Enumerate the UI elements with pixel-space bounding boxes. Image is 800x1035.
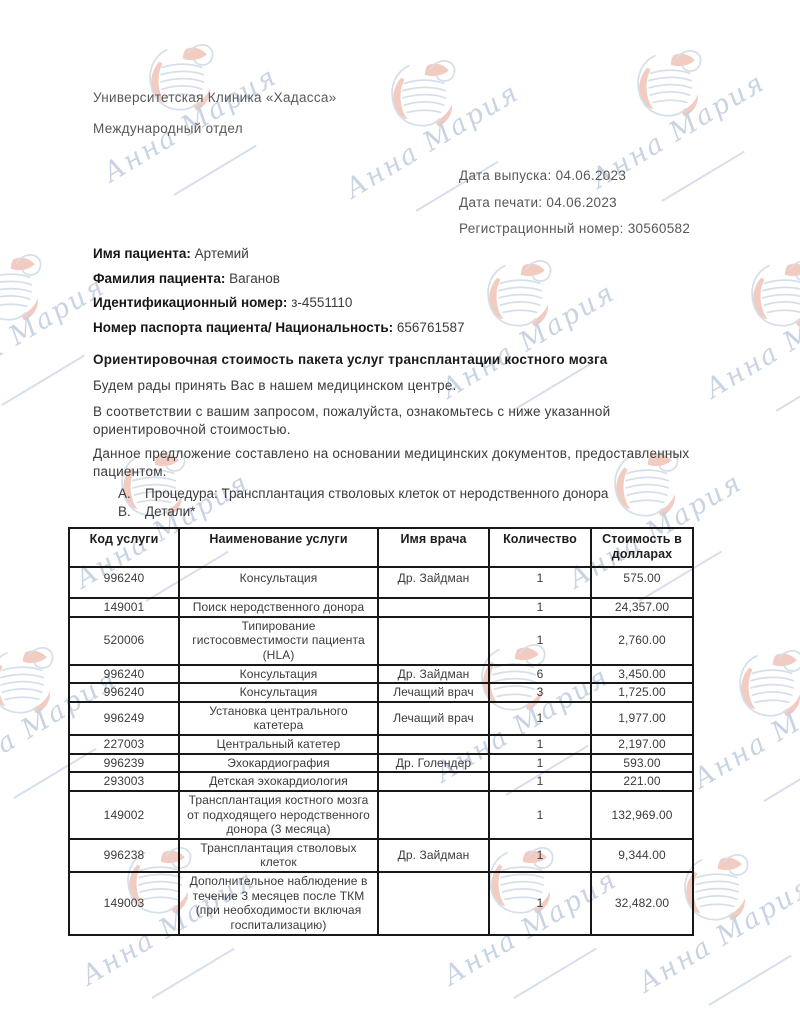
table-row: 996238 Трансплантация стволовых клеток Д… (69, 839, 693, 872)
patient-info: Имя пациента: Артемий Фамилия пациента: … (93, 246, 464, 344)
cell-qty: 1 (489, 598, 591, 617)
estimate-title: Ориентировочная стоимость пакета услуг т… (93, 351, 713, 369)
clinic-department: Международный отдел (93, 121, 243, 136)
table-header-row: Код услуги Наименование услуги Имя врача… (69, 528, 693, 567)
col-header-quantity: Количество (489, 528, 591, 567)
table-row: 293003 Детская эхокардиология 1 221.00 (69, 772, 693, 791)
cell-code: 149003 (69, 872, 179, 935)
cell-cost: 3,450.00 (591, 665, 693, 684)
list-text-details: Детали* (145, 504, 195, 519)
registration-number: Регистрационный номер: 30560582 (459, 221, 690, 236)
cell-service: Центральный катетер (179, 735, 378, 754)
cell-qty: 1 (489, 754, 591, 773)
list-marker-b: B. (118, 504, 145, 519)
issue-date-value: 04.06.2023 (556, 168, 627, 183)
table-row: 149002 Трансплантация костного мозга от … (69, 791, 693, 839)
cell-doctor: Др. Голендер (378, 754, 489, 773)
col-header-service-code: Код услуги (69, 528, 179, 567)
cell-service: Дополнительное наблюдение в течение 3 ме… (179, 872, 378, 935)
cell-code: 996249 (69, 702, 179, 735)
cell-doctor (378, 772, 489, 791)
cell-qty: 1 (489, 772, 591, 791)
document-page: Анна Мария Анна Мария Анна Мария Анна Ма… (0, 0, 800, 1035)
cell-cost: 221.00 (591, 772, 693, 791)
cell-qty: 1 (489, 702, 591, 735)
registration-number-label: Регистрационный номер: (459, 221, 624, 236)
cell-code: 996240 (69, 665, 179, 684)
cell-cost: 32,482.00 (591, 872, 693, 935)
list-item-procedure: A.Процедура: Трансплантация стволовых кл… (118, 486, 608, 501)
table-row: 149001 Поиск неродственного донора 1 24,… (69, 598, 693, 617)
patient-id-number-value: з-4551110 (291, 295, 352, 310)
cell-doctor: Др. Зайдман (378, 567, 489, 598)
cell-service: Консультация (179, 567, 378, 598)
cell-doctor: Др. Зайдман (378, 839, 489, 872)
cell-code: 996240 (69, 567, 179, 598)
issue-date-label: Дата выпуска: (459, 168, 552, 183)
cell-service: Типирование гистосовместимости пациента … (179, 617, 378, 665)
cell-cost: 9,344.00 (591, 839, 693, 872)
clinic-name: Университетская Клиника «Хадасса» (93, 90, 337, 105)
table-row: 996249 Установка центрального катетера Л… (69, 702, 693, 735)
cell-cost: 1,725.00 (591, 683, 693, 702)
table-row: 149003 Дополнительное наблюдение в течен… (69, 872, 693, 935)
cell-service: Эхокардиография (179, 754, 378, 773)
cell-code: 996240 (69, 683, 179, 702)
cell-service: Консультация (179, 665, 378, 684)
col-header-doctor-name: Имя врача (378, 528, 489, 567)
patient-passport-value: 656761587 (397, 320, 465, 335)
cell-cost: 2,760.00 (591, 617, 693, 665)
cell-cost: 2,197.00 (591, 735, 693, 754)
print-date-value: 04.06.2023 (546, 195, 617, 210)
cell-qty: 1 (489, 872, 591, 935)
cell-service: Поиск неродственного донора (179, 598, 378, 617)
cell-qty: 1 (489, 839, 591, 872)
issue-date: Дата выпуска: 04.06.2023 (459, 168, 690, 183)
cell-code: 149001 (69, 598, 179, 617)
patient-passport-label: Номер паспорта пациента/ Национальность: (93, 320, 393, 335)
cell-service: Установка центрального катетера (179, 702, 378, 735)
table-row: 996240 Консультация Др. Зайдман 1 575.00 (69, 567, 693, 598)
table-row: 227003 Центральный катетер 1 2,197.00 (69, 735, 693, 754)
cell-cost: 593.00 (591, 754, 693, 773)
cell-cost: 24,357.00 (591, 598, 693, 617)
cell-code: 996238 (69, 839, 179, 872)
intro-paragraph-3: Данное предложение составлено на основан… (93, 445, 707, 480)
cell-doctor (378, 791, 489, 839)
cell-code: 149002 (69, 791, 179, 839)
print-date-label: Дата печати: (459, 195, 542, 210)
print-date: Дата печати: 04.06.2023 (459, 195, 690, 210)
cell-qty: 1 (489, 735, 591, 754)
details-list: A.Процедура: Трансплантация стволовых кл… (118, 486, 608, 522)
table-row: 996239 Эхокардиография Др. Голендер 1 59… (69, 754, 693, 773)
cell-cost: 132,969.00 (591, 791, 693, 839)
cost-table: Код услуги Наименование услуги Имя врача… (68, 527, 694, 936)
cell-cost: 1,977.00 (591, 702, 693, 735)
cell-qty: 1 (489, 791, 591, 839)
cell-code: 996239 (69, 754, 179, 773)
table-row: 996240 Консультация Лечащий врач 3 1,725… (69, 683, 693, 702)
table-row: 520006 Типирование гистосовместимости па… (69, 617, 693, 665)
cell-doctor (378, 735, 489, 754)
col-header-service-name: Наименование услуги (179, 528, 378, 567)
cell-doctor (378, 872, 489, 935)
patient-first-name-label: Имя пациента: (93, 246, 191, 261)
cell-service: Консультация (179, 683, 378, 702)
cell-code: 520006 (69, 617, 179, 665)
cell-qty: 1 (489, 567, 591, 598)
cell-service: Трансплантация костного мозга от подходя… (179, 791, 378, 839)
cell-code: 227003 (69, 735, 179, 754)
cell-doctor (378, 617, 489, 665)
cell-doctor (378, 598, 489, 617)
patient-last-name-value: Ваганов (229, 271, 280, 286)
patient-id-number: Идентификационный номер: з-4551110 (93, 295, 464, 310)
intro-paragraph-1: Будем рады принять Вас в нашем медицинск… (93, 377, 713, 395)
cell-service: Детская эхокардиология (179, 772, 378, 791)
cell-qty: 3 (489, 683, 591, 702)
patient-passport: Номер паспорта пациента/ Национальность:… (93, 320, 464, 335)
col-header-cost-usd: Стоимость в долларах (591, 528, 693, 567)
patient-last-name-label: Фамилия пациента: (93, 271, 225, 286)
patient-first-name: Имя пациента: Артемий (93, 246, 464, 261)
cell-qty: 6 (489, 665, 591, 684)
patient-last-name: Фамилия пациента: Ваганов (93, 271, 464, 286)
document-meta: Дата выпуска: 04.06.2023 Дата печати: 04… (459, 168, 690, 248)
cell-doctor: Лечащий врач (378, 683, 489, 702)
cell-doctor: Др. Зайдман (378, 665, 489, 684)
intro-paragraph-2: В соответствии с вашим запросом, пожалуй… (93, 403, 707, 438)
patient-id-number-label: Идентификационный номер: (93, 295, 287, 310)
cell-qty: 1 (489, 617, 591, 665)
list-item-details: B.Детали* (118, 504, 608, 519)
list-marker-a: A. (118, 486, 145, 501)
cell-doctor: Лечащий врач (378, 702, 489, 735)
cell-code: 293003 (69, 772, 179, 791)
cell-cost: 575.00 (591, 567, 693, 598)
table-row: 996240 Консультация Др. Зайдман 6 3,450.… (69, 665, 693, 684)
list-text-procedure: Процедура: Трансплантация стволовых клет… (145, 486, 608, 501)
registration-number-value: 30560582 (628, 221, 690, 236)
cell-service: Трансплантация стволовых клеток (179, 839, 378, 872)
patient-first-name-value: Артемий (195, 246, 249, 261)
